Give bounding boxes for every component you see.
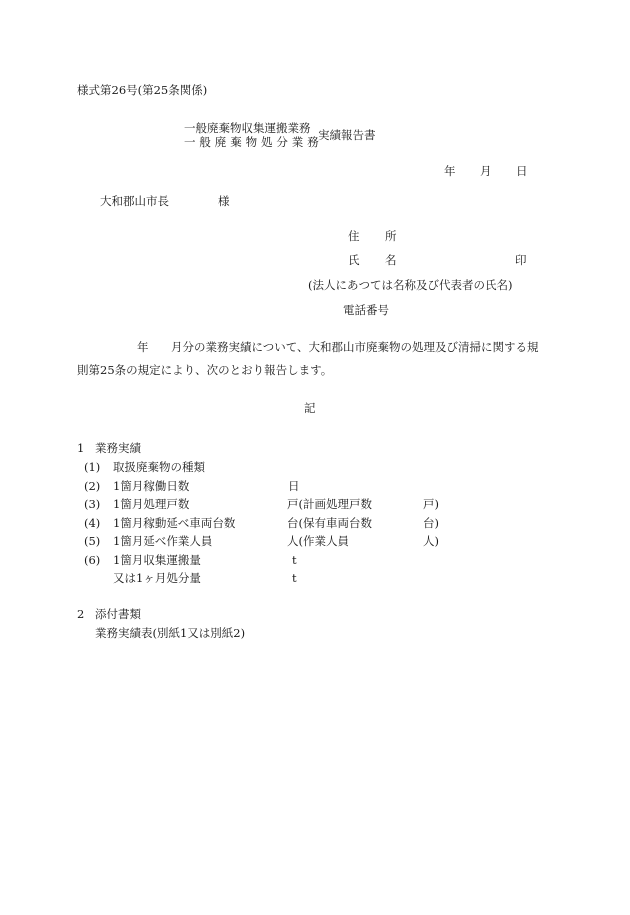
addressee-honorific: 様 [218, 194, 230, 208]
item-extra: 戸) [423, 497, 439, 511]
item-unit: 日 [288, 479, 300, 493]
addressee-name: 大和郡山市長 [100, 194, 169, 208]
name-label-2: 名 [385, 253, 397, 267]
item-extra: 台) [423, 516, 439, 530]
item-number: (2) [84, 479, 100, 493]
item-unit: 台(保有車両台数 [287, 516, 372, 530]
item-unit: 戸(計画処理戸数 [287, 497, 372, 511]
item-label: 1箇月延べ作業人員 [113, 534, 212, 548]
date-year: 年 [444, 164, 456, 178]
section2-number: 2 [77, 607, 84, 621]
item-unit: t [292, 553, 297, 567]
item-label: 取扱廃棄物の種類 [113, 460, 205, 474]
corporate-note: (法人にあつては名称及び代表者の氏名) [308, 278, 512, 292]
attachment-item: 業務実績表(別紙1又は別紙2) [95, 626, 245, 640]
item-label: 1箇月稼動延べ車両台数 [113, 516, 235, 530]
item-number: (4) [84, 516, 100, 530]
name-label-1: 氏 [348, 253, 360, 267]
title-suffix: 実績報告書 [318, 128, 376, 142]
item-extra: 人) [423, 534, 439, 548]
form-number: 様式第26号(第25条関係) [77, 83, 207, 97]
phone-label: 電話番号 [343, 303, 389, 317]
item-unit: t [292, 571, 297, 585]
address-label-2: 所 [385, 229, 397, 243]
seal-mark: 印 [515, 253, 527, 267]
body-line-1: 月分の業務実績について、大和郡山市廃棄物の処理及び清掃に関する規 [171, 340, 539, 354]
body-year: 年 [137, 340, 149, 354]
item-label: 1箇月収集運搬量 [113, 553, 201, 567]
item-number: (1) [84, 460, 100, 474]
date-month: 月 [480, 164, 492, 178]
item-label: 1箇月処理戸数 [113, 497, 189, 511]
item-label: 1箇月稼働日数 [113, 479, 189, 493]
body-line-2: 則第25条の規定により、次のとおり報告します。 [77, 363, 332, 377]
item-number: (6) [84, 553, 100, 567]
item-unit: 人(作業人員 [287, 534, 349, 548]
item-label: 又は1ヶ月処分量 [113, 571, 201, 585]
section2-heading: 添付書類 [95, 607, 141, 621]
item-number: (3) [84, 497, 100, 511]
section1-number: 1 [77, 441, 84, 455]
title-line-collection: 一般廃棄物収集運搬業務 [184, 121, 323, 135]
ki-heading: 記 [304, 401, 316, 415]
address-label-1: 住 [348, 229, 360, 243]
section1-heading: 業務実績 [95, 441, 141, 455]
date-day: 日 [516, 164, 528, 178]
item-number: (5) [84, 534, 100, 548]
title-line-disposal: 一般廃棄物処分業務 [184, 135, 323, 149]
